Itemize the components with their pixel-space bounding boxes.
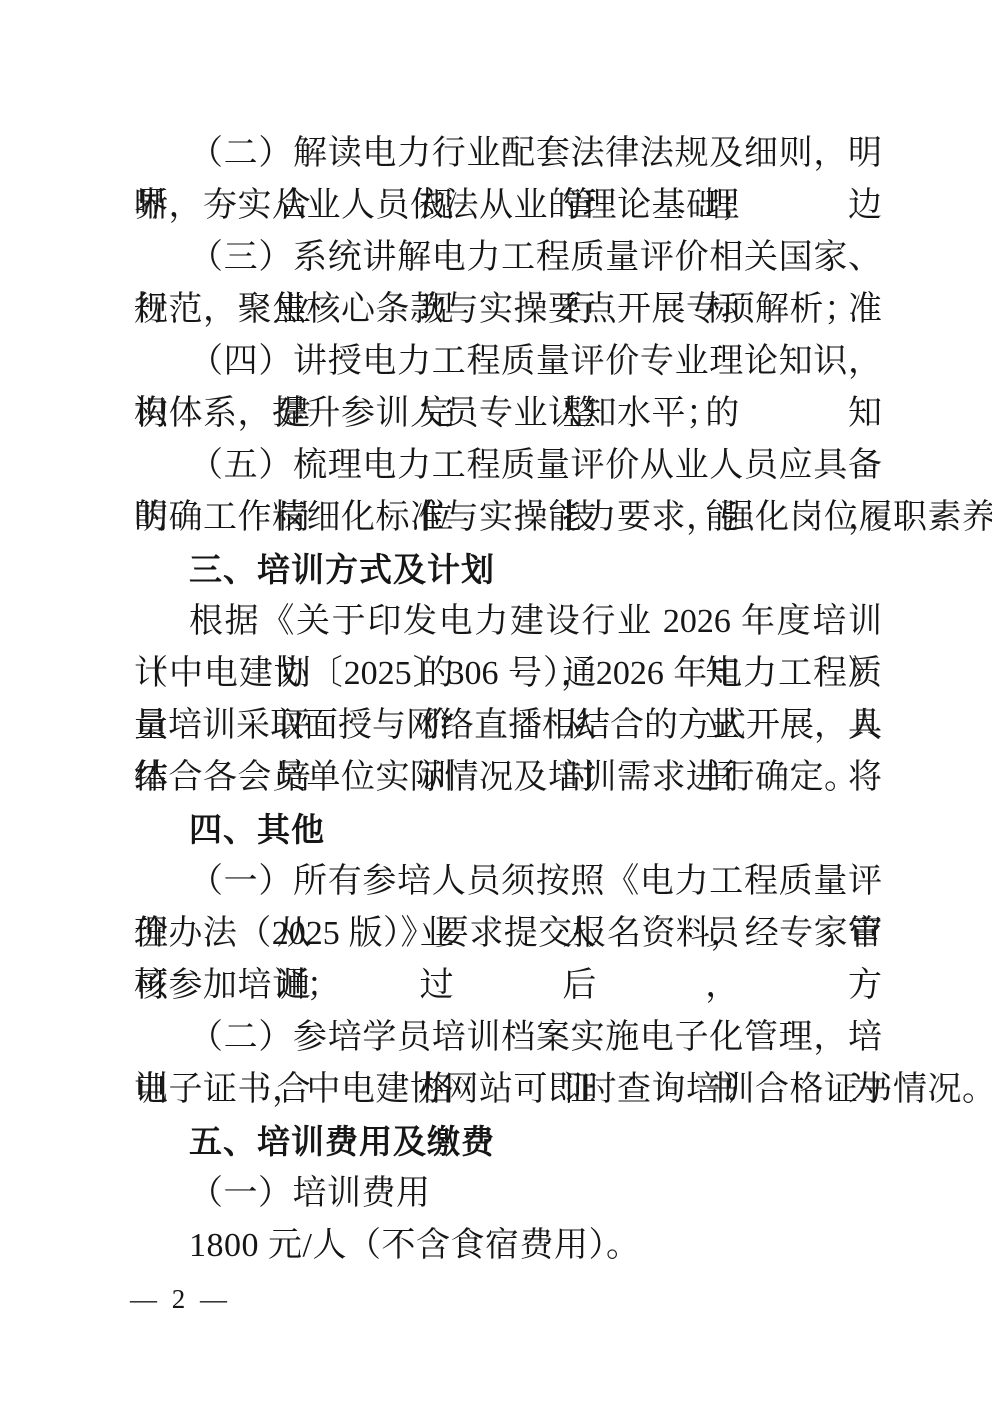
- paragraph-line: 理办法（2025 版）》要求提交报名资料，经专家审核通过后，方: [134, 908, 882, 960]
- paragraph-line: （二）解读电力行业配套法律法规及细则，明晰合规管理边: [134, 128, 882, 180]
- paragraph-line: （一）所有参培人员须按照《电力工程质量评价从业人员管: [134, 856, 882, 908]
- paragraph-line: （五）梳理电力工程质量评价从业人员应具备的岗位技能，: [134, 440, 882, 492]
- document-body: （二）解读电力行业配套法律法规及细则，明晰合规管理边界，夯实从业人员依法从业的理…: [134, 128, 882, 1272]
- paragraph-line: （一）培训费用: [134, 1168, 882, 1220]
- document-page: （二）解读电力行业配套法律法规及细则，明晰合规管理边界，夯实从业人员依法从业的理…: [0, 0, 992, 1403]
- section-heading: 五、培训费用及缴费: [134, 1116, 882, 1168]
- paragraph-line: 1800 元/人（不含食宿费用）。: [134, 1220, 882, 1272]
- paragraph-line: 员培训采取面授与网络直播相结合的方式开展，具体培训时间将: [134, 700, 882, 752]
- section-heading: 四、其他: [134, 804, 882, 856]
- paragraph-line: （四）讲授电力工程质量评价专业理论知识，构建完整的知: [134, 336, 882, 388]
- page-number: — 2 —: [130, 1283, 231, 1315]
- paragraph-line: 电子证书，中电建协网站可即时查询培训合格证书情况。: [134, 1064, 882, 1116]
- section-heading: 三、培训方式及计划: [134, 544, 882, 596]
- paragraph-line: （中电建协〔2025〕306 号），2026 年电力工程质量评价从业人: [134, 648, 882, 700]
- paragraph-line: 明确工作精细化标准与实操能力要求，强化岗位履职素养。: [134, 492, 882, 544]
- paragraph-line: 结合各会员单位实际情况及培训需求进行确定。: [134, 752, 882, 804]
- paragraph-line: （三）系统讲解电力工程质量评价相关国家、行业现行标准: [134, 232, 882, 284]
- paragraph-line: 规范，聚焦核心条款与实操要点开展专项解析；: [134, 284, 882, 336]
- paragraph-line: 根据《关于印发电力建设行业 2026 年度培训计划的通知》: [134, 596, 882, 648]
- paragraph-line: （二）参培学员培训档案实施电子化管理，培训合格证书为: [134, 1012, 882, 1064]
